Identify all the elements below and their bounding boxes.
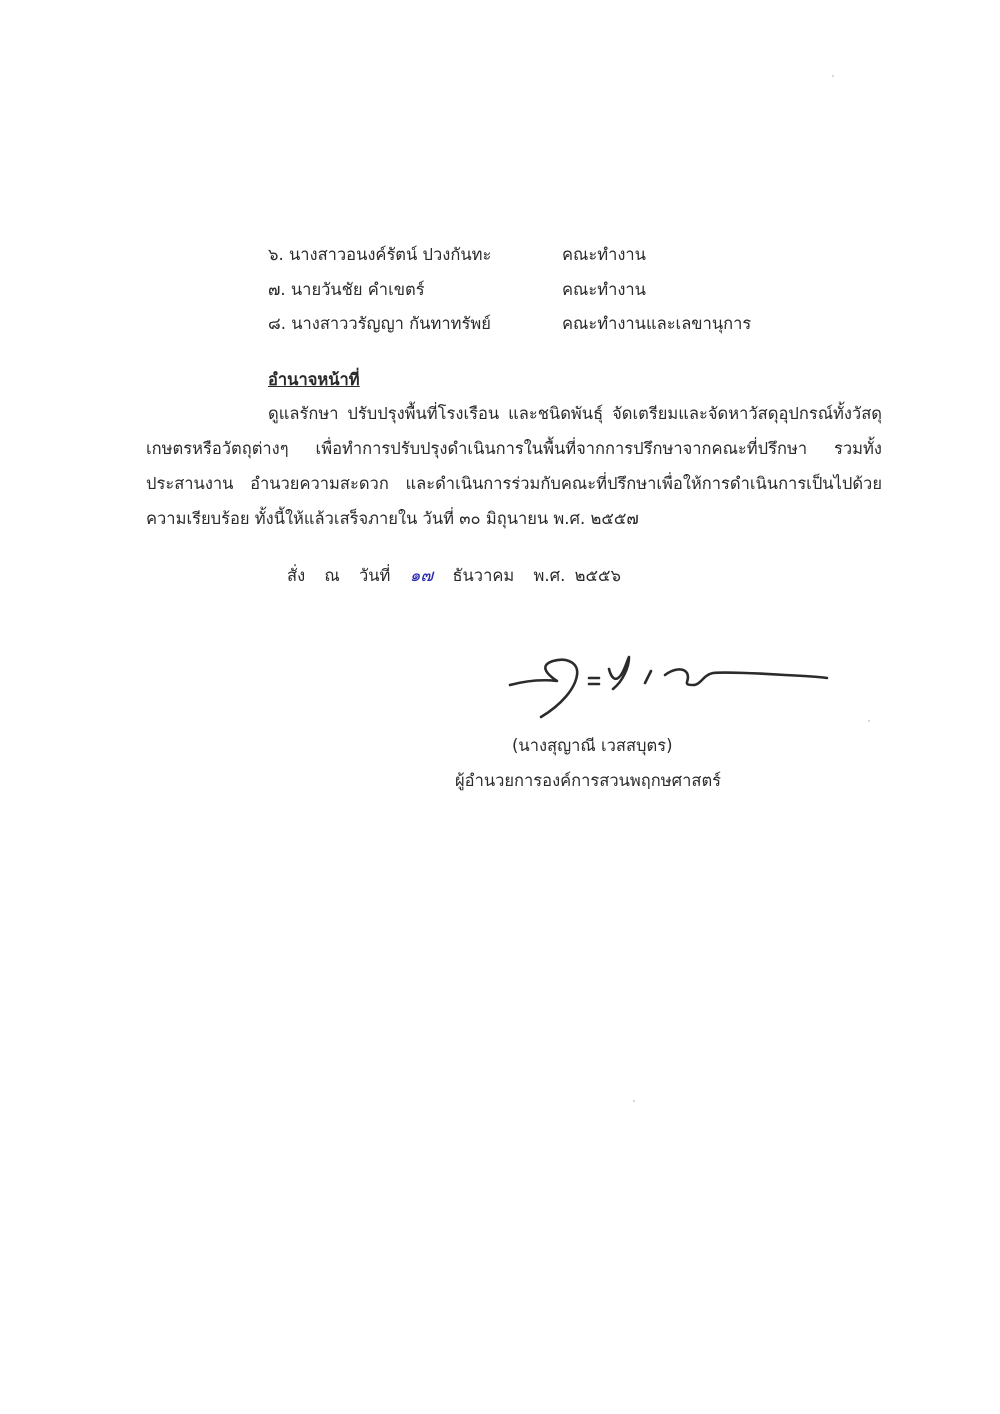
duties-heading: อำนาจหน้าที่ [268,368,360,392]
scan-speck [832,75,834,77]
order-year: ๒๕๕๖ [575,566,621,585]
document-page: ๖. นางสาวอนงค์รัตน์ ปวงกันทะ คณะทำงาน ๗.… [0,0,1000,1414]
handwritten-day: ๑๗ [410,566,434,586]
signatory-title: ผู้อำนวยการองค์การสวนพฤกษศาสตร์ [455,768,721,794]
signatory-name: (นางสุญาณี เวสสบุตร) [512,733,673,759]
signature-icon [505,645,835,725]
order-prefix: สั่ง [287,566,305,585]
member-name: ๖. นางสาวอนงค์รัตน์ ปวงกันทะ [268,243,491,267]
order-at: ณ [324,566,339,585]
duties-line: เกษตรหรือวัตถุต่างๆ เพื่อทำการปรับปรุงดำ… [146,431,882,466]
scan-speck [868,720,870,722]
member-role: คณะทำงาน [562,278,646,302]
member-name: ๘. นางสาววรัญญา กันทาทรัพย์ [268,312,491,336]
order-day-label: วันที่ [359,566,390,585]
member-role: คณะทำงานและเลขานุการ [562,312,751,336]
order-date-line: สั่ง ณ วันที่ ๑๗ ธันวาคม พ.ศ. ๒๕๕๖ [287,562,635,589]
scan-speck [633,1100,635,1102]
duties-paragraph: ดูแลรักษา ปรับปรุงพื้นที่โรงเรือน และชนิ… [146,396,882,536]
member-name: ๗. นายวันชัย คำเขตร์ [268,278,425,302]
duties-line: ประสานงาน อำนวยความสะดวก และดำเนินการร่ว… [146,466,882,501]
duties-line: ดูแลรักษา ปรับปรุงพื้นที่โรงเรือน และชนิ… [146,396,882,431]
duties-line: ความเรียบร้อย ทั้งนี้ให้แล้วเสร็จภายใน ว… [146,501,882,536]
member-role: คณะทำงาน [562,243,646,267]
order-month: ธันวาคม [452,566,514,585]
order-era: พ.ศ. [534,566,566,585]
